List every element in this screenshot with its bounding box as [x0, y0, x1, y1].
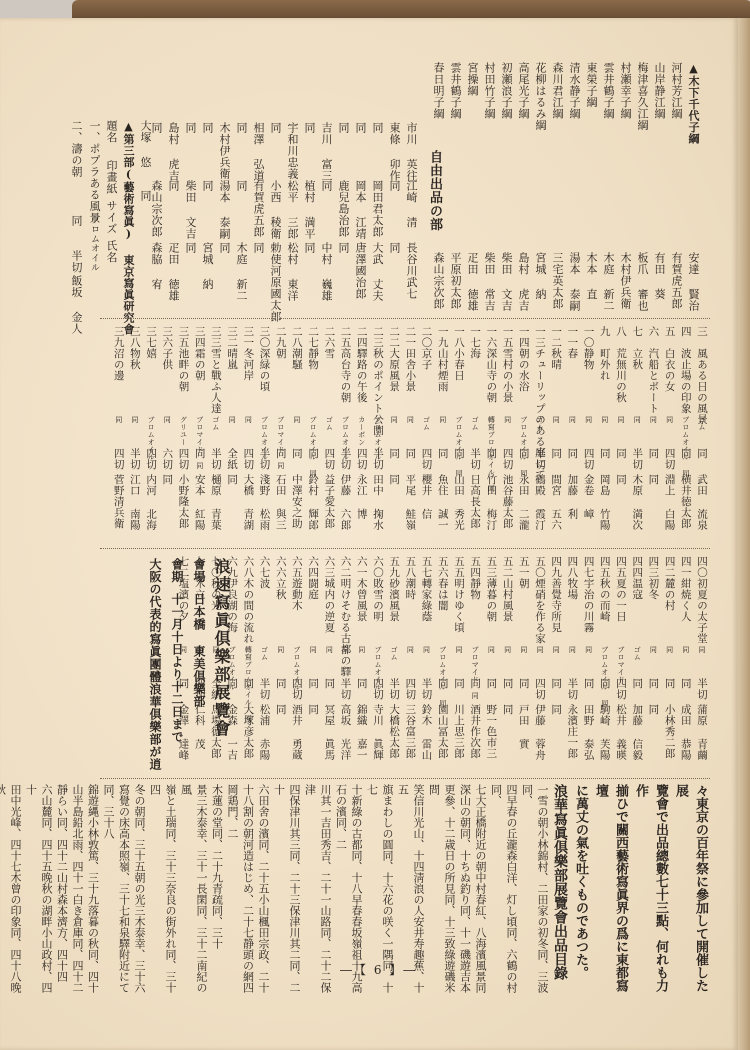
print-size: 同	[289, 448, 305, 474]
work-title: 雪と戰ふ人達	[208, 348, 224, 416]
item-number: 五七	[418, 556, 434, 578]
work-title: 朝の水浴	[516, 348, 532, 416]
paper-type: 同	[451, 646, 467, 678]
author-name: 大橋 青湖	[240, 474, 256, 531]
prose-line: 川其一吉田秀吉、二十一山路同、二十二保津	[302, 784, 333, 994]
paper-type: 同	[386, 416, 402, 448]
table-row: 宇和川忠義松平 三郎松村 東洋	[284, 122, 301, 312]
table-row: 五一朝同同戸田 實	[516, 556, 532, 766]
prose-line: 更參、十二歳日の所見同、十三致綠遊磯米問	[426, 784, 457, 994]
paper-type: 同	[289, 416, 305, 448]
print-size: 同	[305, 448, 321, 474]
table-row: 二四驛路の午後カーボン四切永江 博	[354, 326, 370, 541]
item-number: 三〇	[256, 326, 272, 348]
item-number: 二八	[289, 326, 305, 348]
print-size: 同	[516, 678, 532, 704]
prose-line: 十八割の朝河造はじめ、二十七静頭の網四岡鶏門、二	[225, 784, 256, 994]
work-title: 池畔の朝	[175, 348, 191, 416]
print-size: 同	[580, 678, 596, 704]
work-title: 霜の朝	[192, 348, 208, 416]
prose-intro-line: 々東京の百年祭に參加して開催した展	[670, 784, 710, 994]
paper-type: ブロムオイル 同	[516, 416, 532, 448]
work-title: 波止場の印象	[678, 348, 694, 416]
item-number: 二三	[370, 326, 386, 348]
item-number: 五六	[435, 556, 451, 578]
item-number: 六七	[256, 556, 272, 578]
print-size: 同	[661, 678, 677, 704]
table-row: 四七宇治の川霧同同田野 泰弘	[580, 556, 596, 766]
paper-type: 同	[532, 646, 548, 678]
table-row: 四八牧場同半切永濱庄一郎	[564, 556, 580, 766]
paper-type: 同	[240, 416, 256, 448]
author-name: 鶴殿 霞汀	[532, 474, 548, 531]
table-row: 市川 英往江崎 清長谷川武七	[403, 122, 420, 312]
paper-type: ゴム	[418, 416, 434, 448]
work-title: 紺焼く人	[678, 578, 694, 646]
list-item: 安達 賢治	[685, 252, 702, 322]
author-name: 竹田 梅汀	[483, 474, 499, 531]
item-number: 八	[613, 326, 629, 348]
work-title: 町外れ	[597, 348, 613, 416]
prose-line: 景三木泰幸、三十一長閑同、三十二南紀の風	[178, 784, 209, 994]
item-number: 一一	[564, 326, 580, 348]
table-row: 三二晴嵐同全紙同	[224, 326, 240, 541]
author-name: 伊藤 六郎	[337, 474, 353, 531]
item-number: 三	[694, 326, 710, 348]
work-title: 海	[467, 348, 483, 416]
table-row: 五白衣の女同四切淵上 白陽	[661, 326, 677, 541]
paper-type: 同	[273, 646, 289, 678]
table-row: 四一紺焼く人同同成田 恭陽	[678, 556, 694, 766]
table-row: 五八潮時同四切三谷富三郎	[402, 556, 418, 766]
divider-bottom	[100, 778, 710, 779]
table-row: 同同木庭 新二	[233, 122, 250, 312]
author-name: 淺野 松雨	[256, 474, 272, 531]
print-size: 同	[548, 448, 564, 474]
table-row: 五二山村風景同同同	[499, 556, 515, 766]
paper-type: ブロムオイル 同	[678, 416, 694, 448]
author-name: 加藤 信毅	[629, 704, 645, 761]
print-size: 同	[629, 678, 645, 704]
judges-list: 安達 賢治 有賀虎五郎 有田 葵 板爪 審也 木村伊兵衛 木庭 新二 木本 直 …	[430, 252, 702, 322]
table-row: 六三城内の逆夏同同冥屋 眞馬	[321, 556, 337, 766]
item-number: 四三	[645, 556, 661, 578]
page-number: ―【 6 】―	[340, 961, 417, 978]
work-title: 春は闇	[435, 578, 451, 646]
item-number: 四九	[548, 556, 564, 578]
item-number: 三九	[110, 326, 126, 348]
table-row: 六六立秋同同同	[273, 556, 289, 766]
work-title: 秋の而崎	[597, 578, 613, 646]
table-row: 二一田舎小景同同平尾 鮭嶺	[402, 326, 418, 541]
work-title: 秋のポイント公園	[370, 348, 386, 416]
prose-line: 錦遊縄小林敦篤、三十九落暮の秋同、四十	[85, 784, 101, 994]
author-name: 永江 博	[354, 474, 370, 520]
divider-top	[100, 318, 710, 319]
print-size: 四切	[532, 678, 548, 704]
author-name: 永田 二瀧	[516, 474, 532, 531]
list-item: 島村 虎吉	[515, 252, 532, 322]
work-title: 深緑の頃	[256, 348, 272, 416]
paper-type: 同	[435, 416, 451, 448]
item-number: 三四	[192, 326, 208, 348]
print-size: 同	[467, 678, 483, 704]
item-number: 二五	[337, 326, 353, 348]
table-row: 東條 卯作同同	[386, 122, 403, 312]
item-number: 一四	[516, 326, 532, 348]
work-title: 子供	[159, 348, 175, 416]
paper-type: 同	[337, 646, 353, 678]
paper-type: 同	[110, 416, 126, 448]
work-title: 驛路の午後	[354, 348, 370, 416]
work-title: 雪	[321, 348, 337, 416]
work-title: 山村煙雨	[435, 348, 451, 416]
work-title: 小春日	[451, 348, 467, 416]
print-size: 半切	[532, 448, 548, 474]
table-row: 五五明けゆく頃同同川上思三郎	[451, 556, 467, 766]
table-row: 一四朝の水浴ブロムオイル 同同永田 二瀧	[516, 326, 532, 541]
print-size: 四切	[418, 448, 434, 474]
list-item: 宮城 納	[532, 252, 549, 322]
author-name: 益子愛太郎	[321, 474, 337, 529]
table-row: 一一春同同加藤 利	[564, 326, 580, 541]
author-name: 松浦 赤陽	[256, 704, 272, 761]
author-name: 伊藤 蓉舟	[532, 704, 548, 761]
paper-type: 同	[321, 646, 337, 678]
table-row: 二〇京子ゴム四切櫻井 信	[418, 326, 434, 541]
author-name: 小林秀二郎	[661, 704, 677, 759]
paper-type: 同	[613, 416, 629, 448]
work-title: 高台寺の朝	[337, 348, 353, 416]
table-row: 島村 虎吉同疋田 徳雄	[165, 122, 182, 312]
work-title: 風ある日の風景	[694, 348, 710, 416]
work-title: 夏の一日	[613, 578, 629, 646]
paper-type: ブロマイド 同	[273, 416, 289, 448]
table-row: 五三薄暮の朝同同野一色市三	[483, 556, 499, 766]
print-size: 同	[435, 448, 451, 474]
item-number: 二一	[402, 326, 418, 348]
table-row: 同植村 満平同	[301, 122, 318, 312]
table-row: 一六深山寺の朝轉寫ブロムオイル 同同竹田 梅汀	[483, 326, 499, 541]
print-size: 半切	[467, 448, 483, 474]
table-row: 三九沼の邊同四切菅野清兵衛	[110, 326, 126, 541]
table-row: 一二秋晴同同間宮 五六	[548, 326, 564, 541]
item-number: 四	[678, 326, 694, 348]
author-name: 冥屋 眞馬	[321, 704, 337, 761]
prose-line: 一雪の朝小林錦村、二田家の初冬同、三波同、	[519, 784, 550, 994]
item-number: 二九	[273, 326, 289, 348]
table-row: 四〇初夏の太子堂同半切蒲原 青繭	[694, 556, 710, 766]
work-title: 朝	[273, 348, 289, 416]
author-name: 田中 掬水	[370, 474, 386, 531]
table-row: 三八物秋同半切江口 南陽	[127, 326, 143, 541]
author-name: 横井徳太郎	[678, 474, 694, 529]
paper-type: ゴム	[208, 416, 224, 448]
item-number: 五二	[499, 556, 515, 578]
work-title: 靜物	[467, 578, 483, 646]
work-title: 靜物	[305, 348, 321, 416]
work-title: 麓の村	[661, 578, 677, 646]
table-row: 一九山村煙雨同同魚住 誠一	[435, 326, 451, 541]
work-title: 善覺寺所見	[548, 578, 564, 646]
table-row: 六五遊動木ブロムオイル四切酒井 勇蔵	[289, 556, 305, 766]
paper-type: 同	[597, 416, 613, 448]
table-row: 一三チューリップのある庭にてゴム半切鶴殿 霞汀	[532, 326, 548, 541]
work-title: 立秋	[629, 348, 645, 416]
table-row: 六四闘庭同同同	[305, 556, 321, 766]
table-row: 同岡本 江靖唐澤國治郎	[352, 122, 369, 312]
paper-type: ゴム	[256, 646, 272, 678]
prose-line: 七大正橋附近の朝中村春紅、八海濱風景同	[473, 784, 489, 994]
work-title: 闘庭	[305, 578, 321, 646]
divider-middle	[100, 548, 710, 549]
work-title: 遊動木	[289, 578, 305, 646]
table-row: 同岡田君太郎大武 丈夫	[369, 122, 386, 312]
author-name: 同	[386, 474, 402, 485]
prose-line: 嶺と土瑞同、三十三奈良の街外れ同、三十四	[147, 784, 178, 994]
paper-type: ゴム	[694, 416, 710, 448]
table-row: 一、ポプラある風景ブロムオイル	[85, 120, 103, 310]
print-size: 同	[694, 448, 710, 474]
author-name: 池谷藤太郎	[499, 474, 515, 529]
print-size: 四切	[661, 448, 677, 474]
table-row: 二七靜物ブロムオイル 同同鈴村 輝郎	[305, 326, 321, 541]
item-number: 四八	[564, 556, 580, 578]
paper-type: ブロマイド	[613, 646, 629, 678]
paper-type: 同	[661, 416, 677, 448]
item-number: 九	[597, 326, 613, 348]
item-number: 六四	[305, 556, 321, 578]
table-row: 五四靜物ブロマイド 同同酒井作次郎	[467, 556, 483, 766]
exhibition-period: 會期十一月十日より十二日まで	[166, 558, 188, 768]
item-number: 六五	[289, 556, 305, 578]
author-name: 同	[305, 704, 321, 715]
print-size: 同	[597, 678, 613, 704]
author-name: 錦織 嘉一	[354, 704, 370, 761]
table-row: 二九朝ブロマイド 同同石田 與三	[273, 326, 289, 541]
work-title: 物秋	[127, 348, 143, 416]
table-row: 四波止場の印象ブロムオイル 同同横井徳太郎	[678, 326, 694, 541]
print-size: 半切	[564, 678, 580, 704]
table-row: 六八木の間の流れ轉寫ブロムオイル 同同大塚彦太郎	[240, 556, 256, 766]
item-number: 六二	[337, 556, 353, 578]
work-title: 大原風景	[386, 348, 402, 416]
prose-intro-line: に萬丈の氣を吐くものであつた。	[570, 784, 590, 994]
paper-type: 同	[548, 646, 564, 678]
author-name: 安本 紅陽	[192, 474, 208, 531]
work-title: 煙硝を作る家	[532, 578, 548, 646]
work-title: 白衣の女	[661, 348, 677, 416]
table-row: 四三初冬同同同	[645, 556, 661, 766]
item-number: 六三	[321, 556, 337, 578]
paper-type: 同	[516, 646, 532, 678]
author-name: 平尾 鮭嶺	[402, 474, 418, 531]
item-number: 二四	[354, 326, 370, 348]
print-size: 同	[192, 448, 208, 474]
paper-type: ブロムオイル	[370, 646, 386, 678]
author-name: 川上思三郎	[451, 704, 467, 759]
paper-type: ブロムオイル 同	[435, 646, 451, 678]
item-number: 四四	[629, 556, 645, 578]
print-size: 同	[273, 678, 289, 704]
paper-type: 同	[159, 416, 175, 448]
author-name: 魚住 誠一	[435, 474, 451, 531]
work-title: 温寇	[629, 578, 645, 646]
prose-line: 深山の朝同、十ちぬ釣り同、十一磯遊吉本	[457, 784, 473, 994]
paper-type: ゴム	[532, 416, 548, 448]
item-number: 五五	[451, 556, 467, 578]
paper-type: 同	[418, 646, 434, 678]
table-row: 大塚 悠同	[137, 120, 154, 310]
works-list-lower: 四〇初夏の太子堂同半切蒲原 青繭四一紺焼く人同同成田 恭陽四二麓の村同同小林秀二…	[228, 556, 710, 766]
author-name: 中澤安之助	[289, 474, 305, 529]
paper-type: 轉寫ブロムオイル 同	[483, 416, 499, 448]
table-header-row: 題名印畫紙サイズ氏名	[103, 120, 120, 310]
prose-title: 浪華寫眞倶樂部展覽會出品目錄	[550, 784, 570, 994]
work-title: 薄暮の朝	[483, 578, 499, 646]
paper-type: ゴム	[386, 646, 402, 678]
table-row: 一五雪村の小景同四切池谷藤太郎	[499, 326, 515, 541]
print-size: 同	[548, 678, 564, 704]
paper-type: 同	[678, 646, 694, 678]
author-name: 同	[613, 474, 629, 485]
paper-type: ゴム	[467, 416, 483, 448]
work-title: 波	[256, 578, 272, 646]
work-title: 初夏の太子堂	[694, 578, 710, 646]
page-edge	[738, 18, 750, 1050]
author-name: 永濱庄一郎	[564, 704, 580, 759]
table-row: 三六子供同六切同	[159, 326, 175, 541]
paper-type: 同	[499, 646, 515, 678]
table-row: 三風ある日の風景ゴム同武田 流泉	[694, 326, 710, 541]
prose-line: 六田舍の濱同、二十五小山楓田宗政、二十	[256, 784, 272, 994]
item-number: 五三	[483, 556, 499, 578]
author-name: 同	[645, 704, 661, 715]
table-row: 六汽船とボート同同同	[645, 326, 661, 541]
print-size: 四切	[354, 448, 370, 474]
author-name: 野一色市三	[483, 704, 499, 759]
author-name: 武田 流泉	[694, 474, 710, 531]
table-row: 五六春は闇ブロムオイル 同同園山冨太郎	[435, 556, 451, 766]
list-item: 平原初太郎	[447, 252, 464, 322]
list-item: 疋田 徳雄	[464, 252, 481, 322]
author-name: 淵上 白陽	[661, 474, 677, 531]
table-row: 木村伊兵衛湯本 泰嗣同	[216, 122, 233, 312]
list-item: 木庭 新二	[600, 252, 617, 322]
item-number: 四五	[597, 556, 613, 578]
table-row: 四二麓の村同同小林秀二郎	[661, 556, 677, 766]
prose-line: 六山麓同、四十五晚秋の湖畔小山政村、四十	[23, 784, 54, 994]
print-size: 全紙	[224, 448, 240, 474]
table-row: 一八小春日ブロムオイル 同同山田 秀光	[451, 326, 467, 541]
paper-type: ブロムオイル	[289, 646, 305, 678]
paper-type: ブロムオイル	[143, 416, 159, 448]
table-row: 三三雪と戰ふ人達ゴム半切樋原 青葉	[208, 326, 224, 541]
print-size: 半切	[629, 448, 645, 474]
table-row: 同小西 稜衛勅使河原國太郎	[267, 122, 284, 312]
author-name: 松井 義暎	[613, 704, 629, 761]
work-title: 牧場	[564, 578, 580, 646]
work-title: 木曾風景	[354, 578, 370, 646]
paper-type: 轉寫ブロムオイル 同	[240, 646, 256, 678]
item-number: 四七	[580, 556, 596, 578]
author-name: 日高長太郎	[467, 474, 483, 529]
print-size: 同	[240, 678, 256, 704]
work-title: 春	[564, 348, 580, 416]
prose-line: 四早春の丘瀧森白洋、灯し頃同、六鶴の村同、	[488, 784, 519, 994]
work-title: 京子	[418, 348, 434, 416]
print-size: 四切	[289, 678, 305, 704]
print-size: 同	[435, 678, 451, 704]
print-size: 半切	[337, 678, 353, 704]
author-name: 加藤 利	[564, 474, 580, 520]
print-size: 半切	[127, 448, 143, 474]
item-number: 一二	[548, 326, 564, 348]
paper-type: 同	[402, 646, 418, 678]
paper-type: 同	[645, 646, 661, 678]
print-size: 同	[564, 448, 580, 474]
author-name: 駒崎 芙陽	[597, 704, 613, 761]
print-size: 四切	[110, 448, 126, 474]
table-row: 三四霜の朝ブロマイド 同同安本 紅陽	[192, 326, 208, 541]
prose-line: 田中光峰、四十七木曾の印象同、四十八晚秋	[0, 784, 23, 994]
work-title: チューリップのある庭にて	[532, 348, 548, 416]
item-number: 一九	[435, 326, 451, 348]
work-title: 敗雪の明	[370, 578, 386, 646]
paper-type: ブロムオイル	[370, 416, 386, 448]
item-number: 二六	[321, 326, 337, 348]
author-name: 樋原 青葉	[208, 474, 224, 531]
work-title: 城内の逆夏	[321, 578, 337, 646]
table-row: 六二明けそむる古都の驛同半切高坂 光洋	[337, 556, 353, 766]
author-name: 菅野清兵衛	[110, 474, 126, 529]
work-title: 深山寺の朝	[483, 348, 499, 416]
prose-line: 冬の朝同、三十五朝の光三木泰幸、三十六	[132, 784, 148, 994]
print-size: 同	[678, 678, 694, 704]
table-row: 一七海ゴム半切日高長太郎	[467, 326, 483, 541]
third-part-heading: ▲第三部(藝術寫眞) 東京寫眞研究會	[120, 120, 137, 310]
paper-type: 同	[127, 416, 143, 448]
work-title: 荒無川の秋	[613, 348, 629, 416]
print-size: 半切	[256, 448, 272, 474]
print-size: 四切	[613, 678, 629, 704]
author-name: 鈴木 雷山	[418, 704, 434, 761]
author-name: 間宮 五六	[548, 474, 564, 531]
work-title: 砂濱風景	[386, 578, 402, 646]
table-row: 五七轉家綠蔭同半切鈴木 雷山	[418, 556, 434, 766]
author-name: 同	[159, 474, 175, 485]
item-number: 三一	[240, 326, 256, 348]
prose-intro-line: 覽會で出品總數七十三點、何れも力作	[630, 784, 670, 994]
item-number: 四二	[661, 556, 677, 578]
prose-line: 四保津川其三同、二十三保津川其二同、二十	[271, 784, 302, 994]
item-number: 一八	[451, 326, 467, 348]
list-item: 三宅英太郎	[549, 252, 566, 322]
item-number: 四一	[678, 556, 694, 578]
table-row: 二二大原風景同同同	[386, 326, 402, 541]
item-number: 六〇	[370, 556, 386, 578]
paper-type: カーボン	[354, 416, 370, 448]
print-size: 四切	[240, 448, 256, 474]
author-name: 戸田 實	[516, 704, 532, 750]
table-row: 七立秋同半切木原 満次	[629, 326, 645, 541]
print-size: 同	[402, 448, 418, 474]
author-name: 同	[499, 704, 515, 715]
paper-type: ブロマイド 同	[467, 646, 483, 678]
print-size: 同	[273, 448, 289, 474]
print-size: 同	[483, 448, 499, 474]
paper-type: グリユー	[175, 416, 191, 448]
